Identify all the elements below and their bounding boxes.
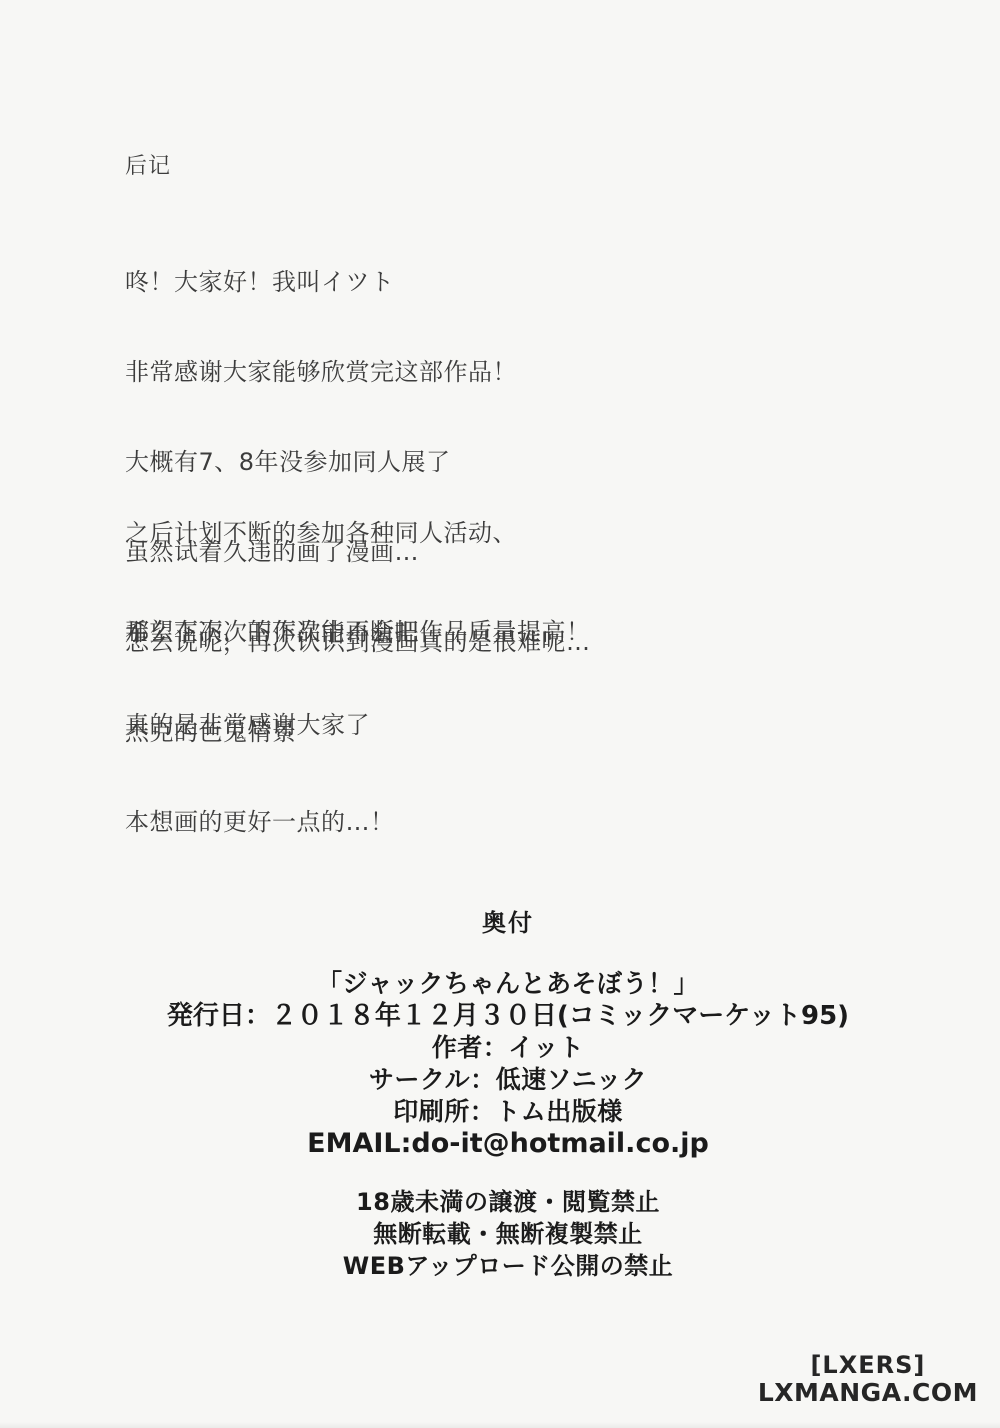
colophon-email: EMAIL:do-it@hotmail.co.jp [8,1128,1000,1160]
afterword-line: 非常感谢大家能够欣赏完这部作品！ [125,357,591,387]
watermark-tag: [LXERS] [758,1351,978,1379]
colophon-info-block: 「ジャックちゃんとあそぼう！」 発行日：２０１８年１２月３０日(コミックマーケッ… [8,968,1000,1160]
afterword-line: 之后计划不断的参加各种同人活动、 [125,517,591,550]
afterword-line: 咚！大家好！我叫イツト [125,267,591,297]
colophon-book-title: 「ジャックちゃんとあそぼう！」 [8,968,1000,1000]
colophon-heading: 奥付 [8,903,1000,938]
colophon-publish-date: 発行日：２０１８年１２月３０日(コミックマーケット95) [8,1000,1000,1032]
scanned-doujinshi-afterword-page: 后记 咚！大家好！我叫イツト 非常感谢大家能够欣赏完这部作品！ 大概有7、8年没… [0,0,1000,1428]
afterword-line: 本想画的更好一点的…！ [125,807,591,837]
afterword-line: 那么在下次的作品中再会吧 [125,617,419,648]
afterword-paragraph-3: 那么在下次的作品中再会吧 真的是非常感谢大家了 [125,555,419,803]
colophon-notice: 無断転載・無断複製禁止 [8,1218,1000,1250]
afterword-line: 真的是非常感谢大家了 [125,710,419,741]
afterword-title: 后记 [125,149,171,180]
colophon-printer: 印刷所：トム出版様 [8,1096,1000,1128]
colophon-notice: 18歳未満の譲渡・閲覧禁止 [8,1186,1000,1218]
colophon-notices-block: 18歳未満の譲渡・閲覧禁止 無断転載・無断複製禁止 WEBアップロード公開の禁止 [8,1186,1000,1282]
colophon-circle: サークル：低速ソニック [8,1064,1000,1096]
colophon-notice: WEBアップロード公開の禁止 [8,1250,1000,1282]
site-watermark: [LXERS] LXMANGA.COM [758,1351,978,1406]
watermark-site: LXMANGA.COM [758,1379,978,1406]
colophon-author: 作者：イット [8,1032,1000,1064]
